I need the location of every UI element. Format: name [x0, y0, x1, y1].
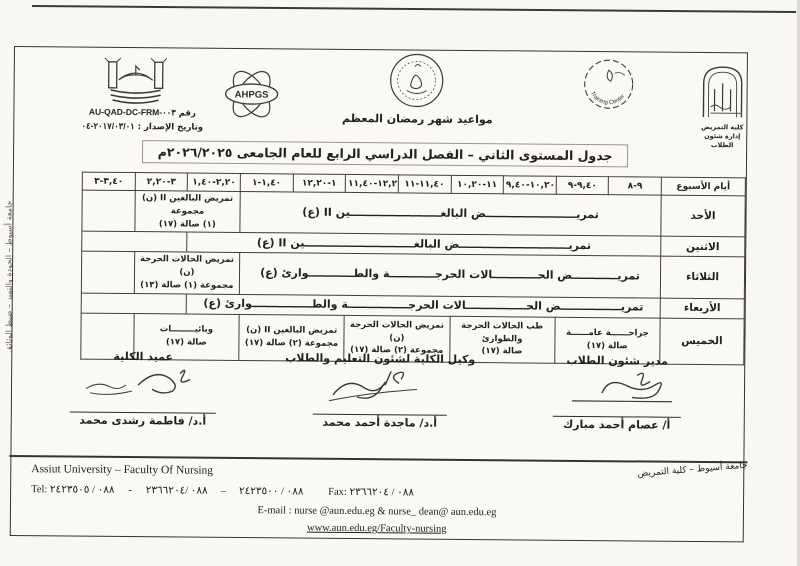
phone-fax-line: Tel: ٠٨٨ / ٢٤٢٣٥٠٠ – ٠٨٨ /٢٣٦٦٢٠٤ - ٠٨٨ …	[31, 483, 414, 498]
faculty-stamp-line2: إدارة شئون الطلاب	[696, 132, 748, 151]
schedule-main-title: جدول المستوى الثاني – الفصل الدراسي الرا…	[142, 140, 628, 167]
email-line: E-mail : nurse @aun.edu.eg & nurse_ dean…	[11, 503, 743, 520]
form-number-block: رقم AU-QAD-DC-FRM-٠٠٣ وتاريخ الإصدار : ٢…	[42, 105, 242, 134]
time-slot-header: ١١-١٠,٢٠	[451, 175, 504, 193]
training-center-stamp-icon: Training Center	[580, 56, 636, 112]
ramadan-schedule-title: مواعيد شهر رمضان المعظم	[332, 112, 502, 126]
issue-date-label: وتاريخ الإصدار :	[138, 122, 203, 133]
footer: Assiut University – Faculty Of Nursing ج…	[11, 457, 744, 541]
empty-cell	[82, 190, 135, 232]
faculty-stamp-line1: كلية التمريض	[696, 123, 748, 133]
day-label: الأحد	[661, 195, 745, 237]
signature-scribble-icon	[305, 365, 455, 408]
time-slot-header: ٢,٢٠-١,٤٠	[188, 173, 241, 191]
form-number-label: رقم	[179, 108, 196, 118]
signatures-row: مدير شئون الطلاب أ/ عصام أحمد مبارك وكيل…	[28, 349, 733, 433]
ahpgs-label: AHPGS	[235, 89, 269, 100]
signature-scribble-icon	[542, 367, 692, 410]
issue-date-line: وتاريخ الإصدار : ٢٠١٧/٠٣/٠١-٠٤	[42, 119, 242, 134]
time-slot-header: ١١,٤٠-١١	[398, 175, 451, 193]
tel-number-2: ٠٨٨ /٢٣٦٦٢٠٤	[146, 485, 208, 497]
naqaae-accreditation-stamp-icon	[386, 50, 447, 111]
website-url: www.aun.edu.eg/Faculty-nursing	[11, 520, 743, 537]
schedule-table: أيام الأسبوع٩-٨٩,٤٠-٩١٠,٢٠-٩,٤٠١١-١٠,٢٠١…	[80, 172, 746, 365]
signature-title: عميد الكلية	[28, 349, 258, 364]
class-cell: تمريــــــــــــض الحــــــــــــالات ال…	[239, 253, 660, 298]
signature-title: مدير شئون الطلاب	[502, 353, 732, 368]
signature-block-student-affairs: مدير شئون الطلاب أ/ عصام أحمد مبارك	[502, 353, 733, 433]
schedule-row: الأحدتمريــــــــــــــــــــــــض البال…	[82, 190, 745, 237]
time-slot-header: ٣,٤٠-٣	[82, 172, 135, 190]
form-number-code: AU-QAD-DC-FRM-٠٠٣	[89, 107, 176, 118]
day-label: الأربعاء	[660, 298, 744, 319]
scan-top-edge-line	[32, 5, 796, 13]
assiut-university-logo-icon	[699, 63, 745, 119]
class-cell: تمريض الحالات الحرجة (ن) مجموعة (١) صالة…	[134, 252, 240, 294]
empty-cell	[81, 293, 187, 314]
tel-number-3: ٠٨٨ / ٢٤٢٣٥٠٥	[50, 484, 115, 496]
signature-block-vice-dean: وكيل الكلية لشئون التعليم والطلاب أ.د/ م…	[265, 351, 496, 431]
signature-block-dean: عميد الكلية أ.د/ فاطمة رشدى محمد	[28, 349, 259, 429]
time-slot-header: ١٠,٢٠-٩,٤٠	[503, 176, 556, 194]
time-slot-header: ١٢,٢٠-١١,٤٠	[345, 174, 398, 192]
class-cell: تمريــــــــــــــــــــــــض البالغــــ…	[240, 191, 661, 236]
signature-name: أ.د/ فاطمة رشدى محمد	[69, 411, 216, 427]
tel-separator: –	[210, 486, 236, 497]
time-slot-header: ١,٤٠-١	[240, 173, 293, 191]
quality-assurance-emblem-icon	[96, 54, 174, 107]
university-name-en: Assiut University – Faculty Of Nursing	[31, 463, 213, 477]
signature-title: وكيل الكلية لشئون التعليم والطلاب	[265, 351, 495, 366]
day-label: الاثنين	[661, 236, 745, 257]
ahpgs-logo-icon: AHPGS	[218, 65, 285, 124]
fax-label: Fax:	[328, 487, 347, 498]
time-slot-header: ٩,٤٠-٩	[556, 176, 609, 194]
fax-number: ٠٨٨ / ٢٣٦٦٢٠٤	[349, 487, 414, 499]
time-slot-header: ١-١٢,٢٠	[293, 174, 346, 192]
university-name-ar: جامعة أسيوط – كلية التمريض	[637, 461, 748, 480]
issue-date-value: ٢٠١٧/٠٣/٠١-٠٤	[81, 120, 134, 130]
schedule-row: الثلاثاءتمريــــــــــــض الحـــــــــــ…	[81, 251, 744, 298]
signature-name: أ/ عصام أحمد مبارك	[553, 416, 680, 432]
empty-cell	[82, 231, 188, 252]
empty-cell	[81, 251, 134, 293]
tel-label: Tel:	[31, 484, 47, 495]
time-slot-header: ٣-٢,٢٠	[135, 173, 188, 191]
training-center-label: Training Center	[589, 91, 627, 107]
document-frame: رقم AU-QAD-DC-FRM-٠٠٣ وتاريخ الإصدار : ٢…	[10, 46, 748, 542]
tel-number-1: ٠٨٨ / ٢٤٢٣٥٠٠	[239, 486, 304, 498]
day-label: الثلاثاء	[660, 256, 744, 298]
signature-name: أ.د/ ماجدة أحمد محمد	[312, 414, 447, 430]
class-cell: تمريض البالغين II (ن) مجموعة (١) صالة (١…	[135, 191, 241, 233]
scanned-schedule-page: جامعة أسيوط – الجودة والتميز – ضبط الوثا…	[0, 0, 800, 566]
signature-scribble-icon	[68, 362, 218, 405]
day-column-header: أيام الأسبوع	[661, 177, 745, 196]
tel-separator: -	[117, 485, 143, 496]
assiut-university-stamp: كلية التمريض إدارة شئون الطلاب	[696, 63, 749, 151]
time-slot-header: ٩-٨	[609, 177, 662, 195]
